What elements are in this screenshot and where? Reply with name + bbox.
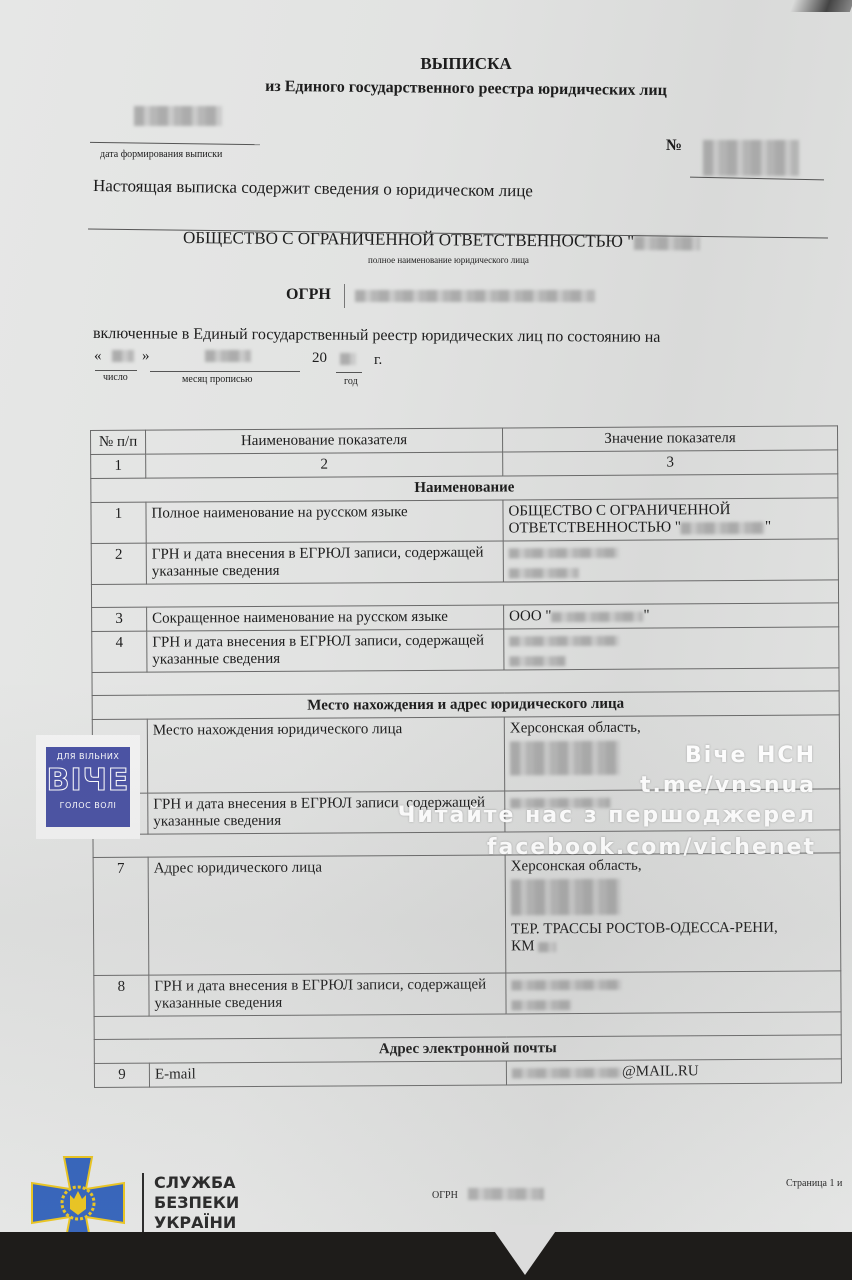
document-subtitle: из Единого государственного реестра юрид… [40,76,852,103]
watermark-line-4: facebook.com/vichenet [487,835,816,860]
caption-year: год [344,376,358,387]
row-indicator: Адрес юридического лица [148,855,506,975]
header-indicator-value: Значение показателя [502,426,837,452]
column-number-2: 2 [146,452,503,478]
page-number: Страница 1 и [786,1178,842,1189]
watermark-line-2: t.me/vnsnua [640,773,816,798]
row-value [506,971,841,1014]
redacted-month [205,350,251,362]
redacted-value [681,521,765,534]
row-value [503,539,838,582]
row-value: Херсонская область, ТЕР. ТРАССЫ РОСТОВ-О… [505,853,841,973]
redacted-footer-ogrn [468,1188,544,1200]
year-suffix: г. [374,352,382,369]
row-value: ОБЩЕСТВО С ОГРАНИЧЕННОЙОТВЕТСТВЕННОСТЬЮ … [503,498,838,541]
sbu-emblem-icon [30,1155,126,1232]
row-indicator: Сокращенное наименование на русском язык… [147,605,504,631]
row-indicator: E-mail [149,1061,506,1087]
redacted-value [509,568,579,578]
table-row: 9 E-mail @MAIL.RU [94,1059,841,1088]
redacted-year [340,353,356,365]
redacted-entity-name [634,236,700,251]
address-line: Херсонская область, [511,858,642,875]
entity-caption: полное наименование юридического лица [368,255,529,265]
date-caption: дата формирования выписки [100,149,222,160]
table-row: 1 Полное наименование на русском языке О… [91,498,838,544]
day-close-quote: » [142,348,150,365]
caption-month: месяц прописью [182,374,252,385]
entity-full-name: ОБЩЕСТВО С ОГРАНИЧЕННОЙ ОТВЕТСТВЕННОСТЬЮ… [183,228,700,253]
table-row: 7 Адрес юридического лица Херсонская обл… [93,853,841,976]
document-title: ВЫПИСКА [40,54,852,74]
sbu-line: УКРАЇНИ [154,1213,239,1232]
redacted-day [112,350,134,362]
number-label: № [666,137,682,155]
viche-logo-box: ДЛЯ ВІЛЬНИХ ВІЧЕ ГОЛОС ВОЛІ [46,747,130,827]
row-number: 1 [91,502,146,543]
watermark-line-3: Читайте нас з першоджерел [398,803,816,828]
intro-text: Настоящая выписка содержит сведения о юр… [93,176,533,201]
redacted-value [511,879,621,916]
sbu-line: БЕЗПЕКИ [154,1193,239,1213]
viche-logo-top: ДЛЯ ВІЛЬНИХ [46,747,130,761]
row-number: 2 [91,543,146,584]
row-number: 9 [94,1063,149,1087]
table-row: 8 ГРН и дата внесения в ЕГРЮЛ записи, со… [94,971,841,1017]
row-value [504,627,839,670]
redacted-number [703,140,799,176]
row-number: 8 [94,975,149,1016]
document-page: ВЫПИСКА из Единого государственного реес… [0,0,852,1232]
redacted-value [509,635,619,646]
redacted-value [551,611,643,622]
page-fold [490,1225,560,1275]
row-number: 4 [92,631,147,672]
viche-watermark-logo: ДЛЯ ВІЛЬНИХ ВІЧЕ ГОЛОС ВОЛІ [36,735,140,839]
row-value: ООО "" [504,603,839,629]
viche-logo-bottom: ГОЛОС ВОЛІ [46,801,130,810]
sbu-line: СЛУЖБА [154,1173,239,1193]
address-line: ТЕР. ТРАССЫ РОСТОВ-ОДЕССА-РЕНИ, [511,920,778,938]
redacted-value [509,547,619,558]
footer-ogrn-label: ОГРН [432,1190,458,1201]
included-text: включенные в Единый государственный реес… [93,325,661,347]
sbu-logo: СЛУЖБА БЕЗПЕКИ УКРАЇНИ [30,1155,239,1232]
watermark-line-1: Віче НСН [685,743,816,768]
table-row: 4 ГРН и дата внесения в ЕГРЮЛ записи, со… [92,627,839,673]
row-indicator: Полное наименование на русском языке [146,500,503,543]
year-underline [336,372,362,373]
row-indicator: ГРН и дата внесения в ЕГРЮЛ записи, соде… [147,629,504,672]
redacted-value [511,979,621,990]
sbu-title: СЛУЖБА БЕЗПЕКИ УКРАЇНИ [142,1173,239,1232]
row-value: @MAIL.RU [506,1059,841,1085]
ogrn-field [344,284,603,308]
row-indicator: ГРН и дата внесения в ЕГРЮЛ записи, соде… [146,541,503,584]
page-corner-shadow [790,0,852,12]
row-indicator: ГРН и дата внесения в ЕГРЮЛ записи, соде… [149,973,506,1016]
number-underline [690,177,824,181]
row-indicator: Место нахождения юридического лица [147,717,504,793]
redacted-value [509,656,565,666]
redacted-value [538,942,556,952]
redacted-ogrn [355,290,595,302]
viche-logo-main: ВІЧЕ [46,761,130,801]
table-row: 2 ГРН и дата внесения в ЕГРЮЛ записи, со… [91,539,838,585]
row-number: 3 [92,607,147,631]
year-prefix: 20 [312,350,327,367]
day-open-quote: « [94,348,102,365]
day-underline [95,370,137,371]
caption-day: число [103,372,128,383]
redacted-value [510,741,620,776]
row-number: 7 [93,857,149,975]
redacted-value [511,1000,571,1010]
redacted-value [512,1067,622,1078]
ogrn-label: ОГРН [286,286,331,304]
column-number-3: 3 [503,450,838,476]
header-indicator-name: Наименование показателя [146,428,503,454]
date-underline [90,142,260,145]
redacted-date [134,106,222,126]
column-number-1: 1 [91,454,146,478]
header-number: № п/п [91,430,146,454]
month-underline [150,371,300,372]
